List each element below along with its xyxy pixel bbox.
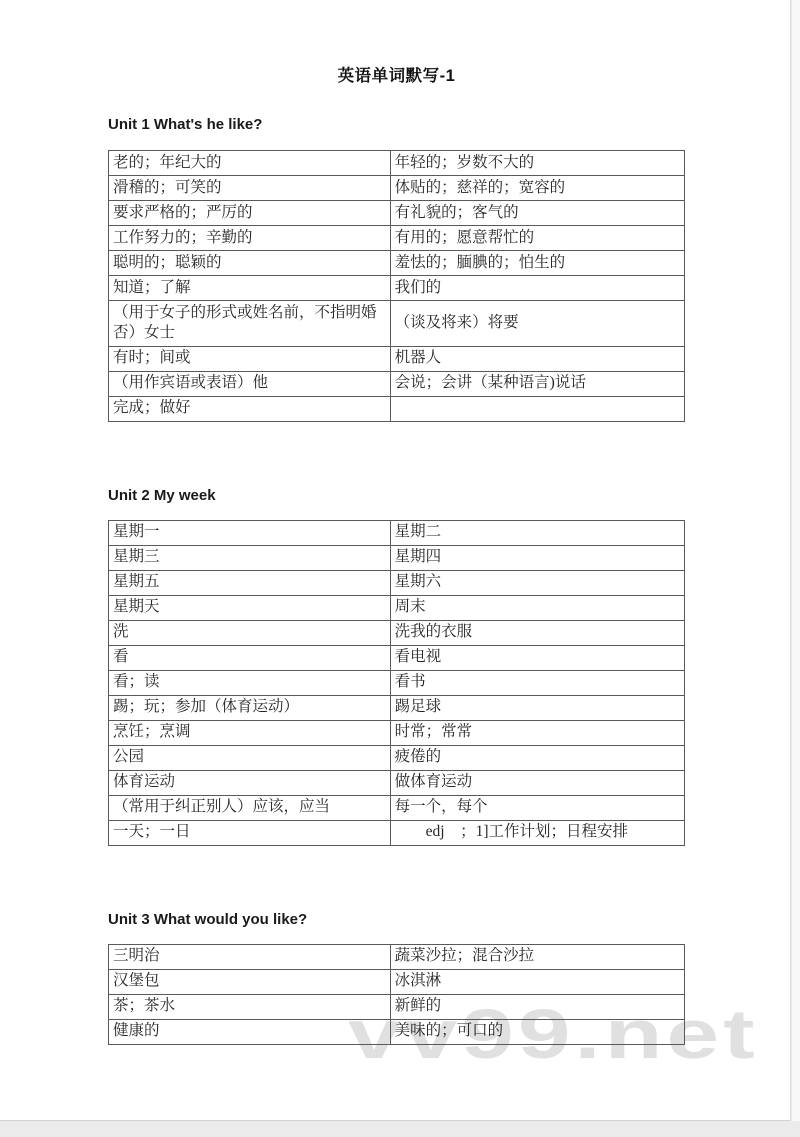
vocab-cell: 看电视 (390, 645, 684, 670)
vocab-cell: 茶；茶水 (109, 994, 391, 1019)
section-unit-2: Unit 2 My week 星期一星期二星期三星期四星期五星期六星期天周末洗洗… (108, 485, 685, 846)
table-row: 健康的美味的；可口的 (109, 1019, 685, 1044)
vocab-cell: （用于女子的形式或姓名前，不指明婚否）女士 (109, 301, 391, 347)
vocab-cell: 公园 (109, 745, 391, 770)
vocab-cell: 疲倦的 (390, 745, 684, 770)
vocab-cell: 看；读 (109, 670, 391, 695)
vocab-cell: 看书 (390, 670, 684, 695)
vocab-cell: 三明治 (109, 944, 391, 969)
vocab-cell: 美味的；可口的 (390, 1019, 684, 1044)
vocab-cell: 有用的；愿意帮忙的 (390, 226, 684, 251)
document-page: vv99.net 英语单词默写-1 Unit 1 What's he like?… (0, 0, 791, 1121)
vocab-cell (390, 396, 684, 421)
vocab-cell: 星期五 (109, 570, 391, 595)
table-row: 三明治蔬菜沙拉；混合沙拉 (109, 944, 685, 969)
page-content: 英语单词默写-1 Unit 1 What's he like? 老的；年纪大的年… (108, 0, 685, 1045)
table-row: （用作宾语或表语）他会说；会讲（某种语言)说话 (109, 371, 685, 396)
vocab-cell: edj ；1]工作计划；日程安排 (390, 820, 684, 845)
table-row: 聪明的；聪颖的羞怯的；腼腆的；怕生的 (109, 251, 685, 276)
table-row: 洗洗我的衣服 (109, 620, 685, 645)
table-row: 看；读看书 (109, 670, 685, 695)
vocab-table-unit-3: 三明治蔬菜沙拉；混合沙拉汉堡包冰淇淋茶；茶水新鲜的健康的美味的；可口的 (108, 944, 685, 1045)
vocab-cell: 蔬菜沙拉；混合沙拉 (390, 944, 684, 969)
vocab-cell: 年轻的；岁数不大的 (390, 151, 684, 176)
vocab-cell: 踢足球 (390, 695, 684, 720)
vocab-cell: 我们的 (390, 276, 684, 301)
vocab-cell: 老的；年纪大的 (109, 151, 391, 176)
vocab-cell: 有时；间或 (109, 346, 391, 371)
vocab-table-unit-2: 星期一星期二星期三星期四星期五星期六星期天周末洗洗我的衣服看看电视看；读看书踢；… (108, 520, 685, 846)
table-row: 公园疲倦的 (109, 745, 685, 770)
vocab-cell: 有礼貌的；客气的 (390, 201, 684, 226)
section-unit-1: Unit 1 What's he like? 老的；年纪大的年轻的；岁数不大的滑… (108, 114, 685, 422)
vocab-cell: 洗 (109, 620, 391, 645)
table-row: 体育运动做体育运动 (109, 770, 685, 795)
unit-3-heading: Unit 3 What would you like? (108, 909, 685, 930)
vocab-cell: 机器人 (390, 346, 684, 371)
vocab-cell: 时常；常常 (390, 720, 684, 745)
vocab-cell: 星期三 (109, 545, 391, 570)
table-row: 星期三星期四 (109, 545, 685, 570)
vocab-cell: 看 (109, 645, 391, 670)
page-right-edge (792, 0, 800, 1121)
vocab-cell: 星期一 (109, 520, 391, 545)
vocab-cell: （常用于纠正别人）应该，应当 (109, 795, 391, 820)
unit-1-heading: Unit 1 What's he like? (108, 114, 685, 135)
vocab-cell: 烹饪；烹调 (109, 720, 391, 745)
vocab-cell: 羞怯的；腼腆的；怕生的 (390, 251, 684, 276)
vocab-cell: 冰淇淋 (390, 969, 684, 994)
table-row: 星期五星期六 (109, 570, 685, 595)
vocab-cell: 每一个，每个 (390, 795, 684, 820)
vocab-cell: 星期二 (390, 520, 684, 545)
table-row: 知道；了解我们的 (109, 276, 685, 301)
vocab-cell: 完成；做好 (109, 396, 391, 421)
vocab-cell: 知道；了解 (109, 276, 391, 301)
vocab-cell: 汉堡包 (109, 969, 391, 994)
vocab-cell: 聪明的；聪颖的 (109, 251, 391, 276)
table-row: 有时；间或机器人 (109, 346, 685, 371)
vocab-cell: 体贴的；慈祥的；宽容的 (390, 176, 684, 201)
vocab-cell: 星期天 (109, 595, 391, 620)
vocab-cell: 新鲜的 (390, 994, 684, 1019)
vocab-table-unit-1: 老的；年纪大的年轻的；岁数不大的滑稽的；可笑的体贴的；慈祥的；宽容的要求严格的；… (108, 150, 685, 422)
vocab-cell: （谈及将来）将要 (390, 301, 684, 347)
table-row: 烹饪；烹调时常；常常 (109, 720, 685, 745)
table-row: 汉堡包冰淇淋 (109, 969, 685, 994)
vocab-cell: 做体育运动 (390, 770, 684, 795)
table-row: 茶；茶水新鲜的 (109, 994, 685, 1019)
table-row: （常用于纠正别人）应该，应当每一个，每个 (109, 795, 685, 820)
vocab-cell: 星期四 (390, 545, 684, 570)
vocab-cell: 健康的 (109, 1019, 391, 1044)
unit-2-heading: Unit 2 My week (108, 485, 685, 506)
table-row: 滑稽的；可笑的体贴的；慈祥的；宽容的 (109, 176, 685, 201)
vocab-cell: 滑稽的；可笑的 (109, 176, 391, 201)
page-title: 英语单词默写-1 (108, 0, 685, 86)
vocab-cell: （用作宾语或表语）他 (109, 371, 391, 396)
vocab-cell: 星期六 (390, 570, 684, 595)
vocab-cell: 一天；一日 (109, 820, 391, 845)
vocab-cell: 会说；会讲（某种语言)说话 (390, 371, 684, 396)
vocab-cell: 踢；玩；参加（体育运动） (109, 695, 391, 720)
table-row: 老的；年纪大的年轻的；岁数不大的 (109, 151, 685, 176)
table-row: 星期天周末 (109, 595, 685, 620)
table-row: 要求严格的；严厉的有礼貌的；客气的 (109, 201, 685, 226)
table-row: 星期一星期二 (109, 520, 685, 545)
viewer-canvas: vv99.net 英语单词默写-1 Unit 1 What's he like?… (0, 0, 800, 1137)
table-row: 一天；一日 edj ；1]工作计划；日程安排 (109, 820, 685, 845)
section-unit-3: Unit 3 What would you like? 三明治蔬菜沙拉；混合沙拉… (108, 909, 685, 1045)
table-row: 完成；做好 (109, 396, 685, 421)
vocab-cell: 周末 (390, 595, 684, 620)
vocab-cell: 要求严格的；严厉的 (109, 201, 391, 226)
vocab-cell: 体育运动 (109, 770, 391, 795)
table-row: 踢；玩；参加（体育运动）踢足球 (109, 695, 685, 720)
table-row: 工作努力的；辛勤的有用的；愿意帮忙的 (109, 226, 685, 251)
table-row: （用于女子的形式或姓名前，不指明婚否）女士（谈及将来）将要 (109, 301, 685, 347)
vocab-cell: 洗我的衣服 (390, 620, 684, 645)
vocab-cell: 工作努力的；辛勤的 (109, 226, 391, 251)
table-row: 看看电视 (109, 645, 685, 670)
